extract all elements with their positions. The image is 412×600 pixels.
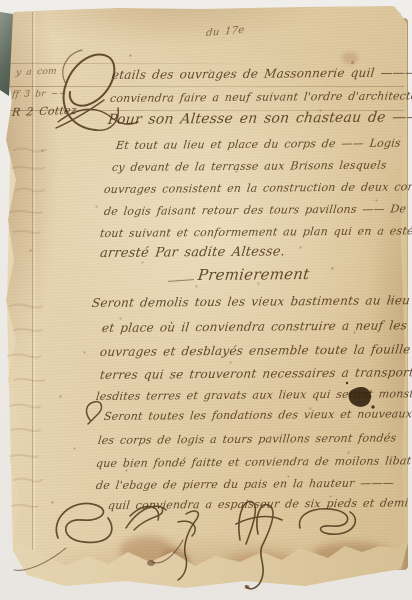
margin-note: y a com (15, 67, 57, 78)
intro-line: tout suivant et conformement au plan qui… (99, 224, 412, 240)
article2-line: les corps de logis a tours pavillons ser… (97, 431, 397, 447)
article2-line: quil conviendra a espaisseur de six pied… (107, 496, 409, 512)
margin-note: ff 3 br ~~ (11, 89, 66, 100)
article1-line: lesdites terres et gravats aux lieux qui… (95, 387, 412, 403)
section-heading: Premierement (197, 265, 310, 284)
article2-line: de l'ebage de pierre du pais en la haute… (95, 476, 394, 492)
foxing-speckles (0, 0, 1, 1)
intro-line: cy devant de la terrasse aux Brisons les… (111, 159, 387, 174)
intro-line: ouvrages consistent en la construction d… (103, 180, 412, 196)
intro-line: arresté Par sadite Altesse. (99, 244, 286, 261)
intro-line: Et tout au lieu et place du corps de —— … (115, 137, 401, 152)
article1-line: et place où il conviendra construire a n… (101, 318, 408, 335)
fold-line (6, 63, 256, 64)
margin-note: R 2 Cottez (11, 104, 77, 119)
manuscript-scan: du 17e y a com ff 3 br ~~ R 2 Cottez eta… (0, 0, 412, 600)
foxing-stain (342, 52, 358, 64)
fold-line (0, 86, 404, 87)
intro-line: conviendra faire a neuf suivant l'ordre … (109, 89, 412, 105)
article1-line: ouvrages et desblayés ensemble toute la … (99, 342, 412, 359)
intro-line: de logis faisant retour des tours pavill… (103, 202, 407, 218)
intro-line: etails des ouvrages de Massonnerie quil … (111, 65, 412, 82)
intro-line: Pour son Altesse en son chasteau de ——— (107, 109, 412, 128)
article1-line: Seront demolis tous les vieux bastiments… (91, 293, 411, 310)
article2-line: Seront toutes les fondations des vieux e… (103, 407, 412, 423)
article1-line: terres qui se trouveront necessaires a t… (99, 365, 412, 382)
article2-line: que bien fondé faitte et conviendra de m… (95, 454, 412, 470)
